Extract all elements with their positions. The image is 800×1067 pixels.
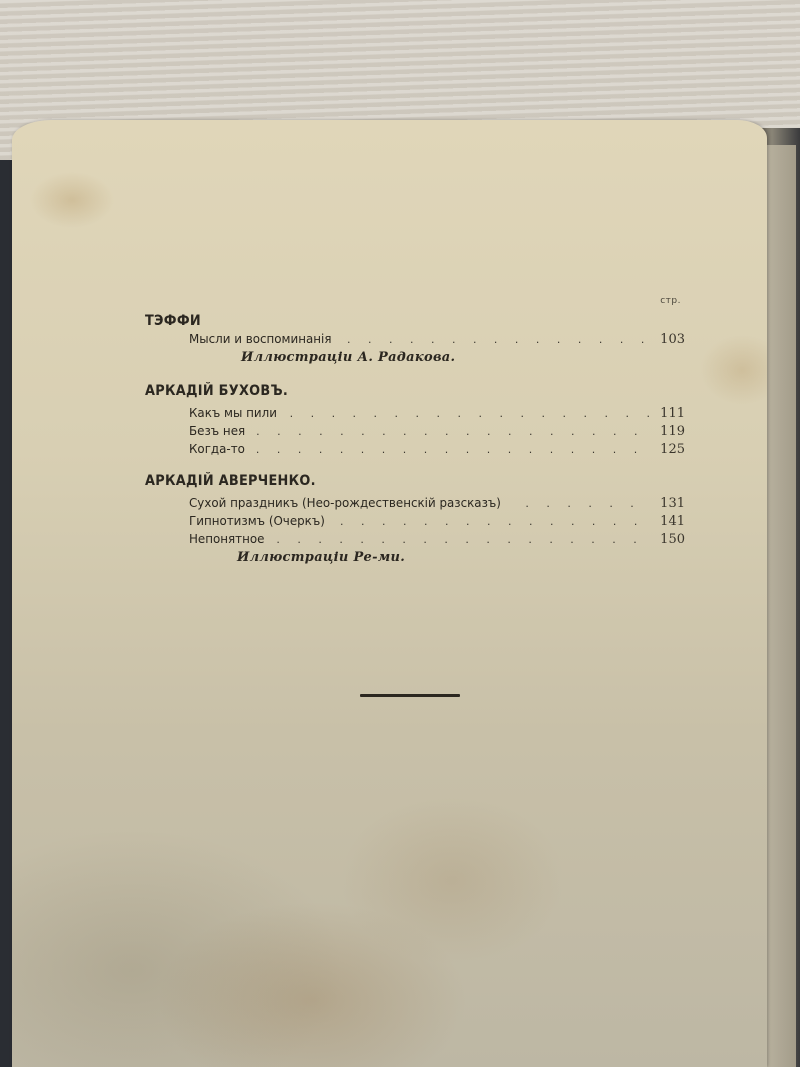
dot-leader: . . . . . . . . . . . . . . . . . . . . … <box>347 331 649 348</box>
page-column-header: стр. <box>660 296 681 306</box>
toc-section-teffi: ТЭФФИ Мысли и воспоминанія . . . . . . .… <box>145 296 685 368</box>
toc-section-averchenko: АРКАДІЙ АВЕРЧЕНКО. Сухой праздникъ (Нео-… <box>145 472 685 568</box>
table-of-contents: стр. ТЭФФИ Мысли и воспоминанія . . . . … <box>145 296 685 580</box>
entry-page-number: 119 <box>657 423 685 440</box>
toc-entry: Мысли и воспоминанія . . . . . . . . . .… <box>145 330 685 348</box>
entry-title: Когда-то <box>189 440 245 457</box>
toc-entry: Какъ мы пили . . . . . . . . . . . . . .… <box>145 404 685 422</box>
dot-leader: . . . . . . . . . . . . . . . . . . . . … <box>290 405 649 422</box>
entry-page-number: 150 <box>657 531 685 548</box>
dot-leader: . . . . . . . . . . . . . . . . . . . . … <box>525 495 649 512</box>
toc-entry: Гипнотизмъ (Очеркъ) . . . . . . . . . . … <box>145 512 685 530</box>
dot-leader: . . . . . . . . . . . . . . . . . . . . … <box>256 441 649 458</box>
end-divider-rule <box>360 694 460 697</box>
illustrations-credit: Иллюстраціи А. Радакова. <box>145 348 685 368</box>
toc-section-bukhov: АРКАДІЙ БУХОВЪ. Какъ мы пили . . . . . .… <box>145 382 685 458</box>
entry-title: Мысли и воспоминанія <box>189 330 331 347</box>
entry-title: Какъ мы пили <box>189 404 277 421</box>
entry-page-number: 131 <box>657 495 685 512</box>
entry-page-number: 141 <box>657 513 685 530</box>
entry-page-number: 125 <box>657 441 685 458</box>
illustrations-credit: Иллюстраціи Ре-ми. <box>145 548 685 568</box>
entry-page-number: 111 <box>657 405 685 422</box>
toc-entry: Когда-то . . . . . . . . . . . . . . . .… <box>145 440 685 458</box>
dot-leader: . . . . . . . . . . . . . . . . . . . . … <box>256 423 649 440</box>
entry-title: Сухой праздникъ (Нео-рождественскій разс… <box>189 494 501 511</box>
toc-entry: Сухой праздникъ (Нео-рождественскій разс… <box>145 494 685 512</box>
author-heading: АРКАДІЙ АВЕРЧЕНКО. <box>145 472 642 490</box>
dot-leader: . . . . . . . . . . . . . . . . . . . . … <box>340 513 649 530</box>
toc-entry: Непонятное . . . . . . . . . . . . . . .… <box>145 530 685 548</box>
author-heading: АРКАДІЙ БУХОВЪ. <box>145 382 642 400</box>
book-page <box>12 120 767 1067</box>
entry-title: Гипнотизмъ (Очеркъ) <box>189 512 325 529</box>
toc-entry: Безъ нея . . . . . . . . . . . . . . . .… <box>145 422 685 440</box>
entry-title: Непонятное <box>189 530 264 547</box>
entry-page-number: 103 <box>657 331 685 348</box>
entry-title: Безъ нея <box>189 422 245 439</box>
dot-leader: . . . . . . . . . . . . . . . . . . . . … <box>276 531 649 548</box>
author-heading: ТЭФФИ <box>145 312 642 330</box>
